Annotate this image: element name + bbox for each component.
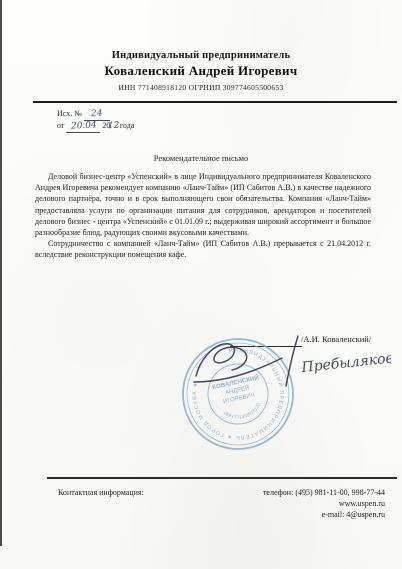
stamp-inn-text: ИНН 771408918120: [221, 401, 265, 424]
outgoing-number-label: Исх. №: [57, 109, 82, 118]
inn-ogrnip-line: ИНН 771408918120 ОГРНИП 309774605500653: [0, 83, 402, 92]
handwritten-year: 12: [108, 120, 120, 133]
scanned-letter-page: Индивидуальный предприниматель Коваленск…: [0, 0, 402, 569]
handwritten-signatory-name: Пребыляков С.Б: [300, 347, 391, 376]
signature-slash-stroke: [286, 336, 298, 386]
contact-details: телефон: (495) 981-11-00, 998-77-44 www.…: [263, 487, 385, 520]
body-paragraph-1: Деловой бизнес-центр «Успенский» в лице …: [35, 171, 371, 238]
contact-info-label: Контактная информация:: [58, 488, 144, 497]
body-paragraph-2: Сотрудничество с компанией «Ланч-Тайм» (…: [35, 238, 371, 260]
date-prefix: от: [57, 121, 64, 130]
header-divider-line: [33, 101, 397, 103]
handwritten-outgoing-number: 24: [91, 108, 103, 121]
document-title: Рекомендательное письмо: [0, 153, 402, 163]
signature-tail-stroke: [194, 358, 282, 382]
website-url: www.uspen.ru: [263, 498, 385, 509]
entrepreneur-name: Коваленский Андрей Игоревич: [0, 63, 402, 79]
date-underline: 20.04: [66, 120, 100, 133]
date-row: от 20.04 2012года: [57, 120, 134, 132]
svg-text:ИНН 771408918120: ИНН 771408918120: [221, 401, 265, 424]
reference-block: Исх. № 24 от 20.04 2012года: [57, 108, 134, 132]
handwritten-signature: Пребыляков С.Б: [186, 330, 391, 392]
phone-numbers: телефон: (495) 981-11-00, 998-77-44: [263, 487, 385, 498]
signature-graphic: Пребыляков С.Б: [186, 330, 391, 392]
email-address: e-mail: 4@uspen.ru: [263, 509, 385, 520]
outgoing-number-row: Исх. № 24: [57, 108, 134, 120]
footer-divider-line: [47, 477, 397, 479]
signature-flourish: [196, 344, 247, 376]
entrepreneur-type-line: Индивидуальный предприниматель: [0, 50, 402, 61]
handwritten-date: 20.04: [70, 119, 96, 132]
year-suffix: года: [120, 121, 134, 130]
letterhead: Индивидуальный предприниматель Коваленск…: [0, 50, 402, 92]
letter-body: Деловой бизнес-центр «Успенский» в лице …: [35, 171, 371, 261]
